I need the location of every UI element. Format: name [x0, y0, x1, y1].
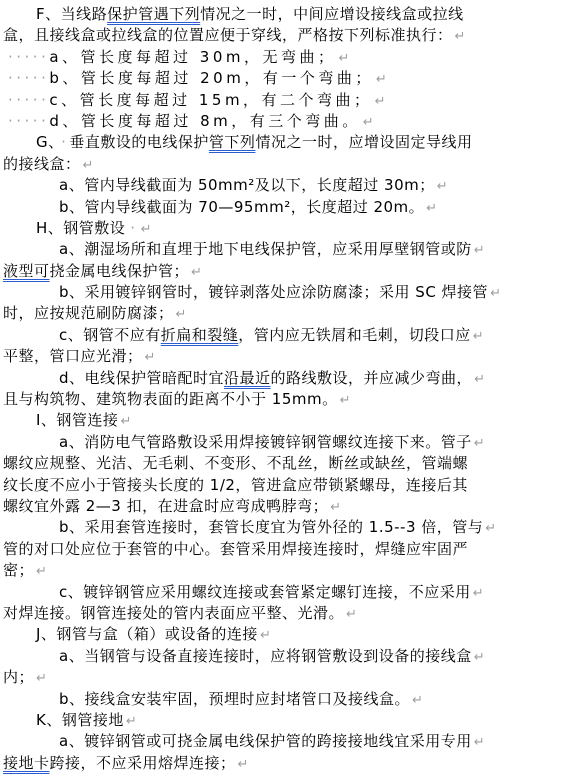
paragraph-mark-icon: ↵: [143, 350, 156, 365]
paragraph-mark-icon: ↵: [258, 628, 271, 643]
paragraph-mark-icon: ↵: [338, 393, 351, 408]
text-line: a、消防电气管路敷设采用焊接镀锌钢管螺纹连接下来。管子↵: [3, 432, 564, 453]
paragraph-mark-icon: ↵: [374, 72, 387, 87]
text-segment: 平整，管口应光滑；: [3, 347, 143, 365]
text-line: a、当钢管与设备直接连接时，应将钢管敷设到设备的接线盒↵: [3, 646, 564, 667]
text-segment: 对焊连接。钢管连接处的管内表面应平整、光滑。: [3, 604, 344, 622]
paragraph-mark-icon: ↵: [472, 436, 485, 451]
text-segment: b、采用镀锌钢管时，镀锌剥落处应涂防腐漆；采用 SC 焊接管: [59, 283, 488, 301]
space-marks: ·····: [3, 69, 49, 87]
text-line: I、钢管连接↵: [3, 410, 564, 431]
text-line: b、采用镀锌钢管时，镀锌剥落处应涂防腐漆；采用 SC 焊接管↵: [3, 282, 564, 303]
text-line: G、·垂直敷设的电线保护管下列情况之一时，应增设固定导线用: [3, 132, 564, 153]
text-segment: 纹长度不应小于管接头长度的 1/2，管进盒应带锁紧螺母，连接后其: [3, 476, 468, 494]
text-segment: b、管内导线截面为 70—95mm²，长度超过 20m。: [59, 198, 424, 216]
text-segment: K、钢管接地: [36, 711, 124, 729]
text-segment: 情况之一时，中间应增设接线盒或拉线: [200, 5, 464, 23]
text-segment: 内；: [3, 668, 34, 686]
paragraph-mark-icon: ↵: [483, 521, 496, 536]
text-line: 接地卡跨接，不应采用熔焊连接；↵: [3, 753, 564, 774]
paragraph-mark-icon: ↵: [488, 286, 501, 301]
text-segment: a、管内导线截面为 50mm²及以下，长度超过 30m；: [59, 176, 435, 194]
text-line: a、管内导线截面为 50mm²及以下，长度超过 30m；↵: [3, 175, 564, 196]
paragraph-mark-icon: ↵: [189, 265, 202, 280]
space-marks: ·····: [3, 112, 49, 130]
paragraph-mark-icon: ↵: [472, 243, 485, 258]
paragraph-mark-icon: ↵: [344, 607, 357, 622]
text-segment: d、管长度每超过 8m，有三个弯曲。: [49, 112, 360, 130]
text-line: J、钢管与盒（箱）或设备的连接↵: [3, 624, 564, 645]
paragraph-mark-icon: ↵: [337, 51, 350, 66]
space-marks: ·····: [3, 48, 49, 66]
paragraph-mark-icon: ↵: [34, 564, 47, 579]
text-segment: 跨接，不应采用熔焊连接；: [50, 754, 236, 772]
text-segment: a、潮湿场所和直埋于地下电线保护管，应采用厚壁钢管或防: [59, 240, 472, 258]
text-line: 时，应按规范刷防腐漆；↵: [3, 303, 564, 324]
space-marks: ·: [56, 133, 69, 151]
grammar-underlined-text: 折扁和裂缝: [161, 326, 239, 344]
text-line: 纹长度不应小于管接头长度的 1/2，管进盒应带锁紧螺母，连接后其: [3, 475, 564, 496]
document-text-area: F、当线路保护管遇下列情况之一时，中间应增设接线盒或拉线盒，且接线盒或拉线盒的位…: [0, 0, 564, 774]
text-line: c、钢管不应有折扁和裂缝，管内应无铁屑和毛刺，切段口应↵: [3, 325, 564, 346]
text-line: 螺纹应规整、光洁、无毛刺、不变形、不乱丝，断丝或缺丝，管端螺: [3, 453, 564, 474]
text-line: a、镀锌钢管或可挠金属电线保护管的跨接接地线宜采用专用↵: [3, 731, 564, 752]
text-line: b、管内导线截面为 70—95mm²，长度超过 20m。↵: [3, 197, 564, 218]
text-segment: J、钢管与盒（箱）或设备的连接: [36, 625, 258, 643]
text-segment: H、钢管敷设: [36, 219, 125, 237]
text-line: K、钢管接地↵: [3, 710, 564, 731]
text-line: H、钢管敷设·↵: [3, 218, 564, 239]
text-segment: a、镀锌钢管或可挠金属电线保护管的跨接接地线宜采用专用: [59, 732, 472, 750]
text-line: 管的对口处应位于套管的中心。套管采用焊接连接时，焊缝应牢固严: [3, 539, 564, 560]
grammar-underlined-text: 液型可: [3, 262, 50, 280]
space-marks: ·····: [3, 91, 49, 109]
paragraph-mark-icon: ↵: [472, 372, 485, 387]
text-line: ·····b、管长度每超过 20m，有一个弯曲；↵: [3, 68, 564, 89]
paragraph-mark-icon: ↵: [435, 179, 448, 194]
paragraph-mark-icon: ↵: [453, 29, 466, 44]
text-segment: F、当线路: [36, 5, 107, 23]
grammar-underlined-text: 保护管遇下列: [107, 5, 200, 23]
text-line: 对焊连接。钢管连接处的管内表面应平整、光滑。↵: [3, 603, 564, 624]
text-segment: 螺纹宜外露 2—3 扣，在进盒时应弯成鸭脖弯；: [3, 497, 328, 515]
text-segment: 螺纹应规整、光洁、无毛刺、不变形、不乱丝，断丝或缺丝，管端螺: [3, 454, 468, 472]
text-segment: 密；: [3, 561, 34, 579]
text-segment: 的接线盒：: [3, 155, 81, 173]
paragraph-mark-icon: ↵: [236, 757, 249, 772]
text-segment: 的路线敷设，并应减少弯曲，: [271, 369, 473, 387]
text-segment: c、钢管不应有: [59, 326, 161, 344]
text-segment: ，管内应无铁屑和毛刺，切段口应: [238, 326, 471, 344]
paragraph-mark-icon: ↵: [472, 735, 485, 750]
paragraph-mark-icon: ↵: [81, 158, 94, 173]
paragraph-mark-icon: ↵: [124, 714, 137, 729]
grammar-underlined-text: 沿最近: [224, 369, 271, 387]
text-segment: c、镀锌钢管应采用螺纹连接或套管紧定螺钉连接，不应采用: [59, 583, 471, 601]
text-segment: 盒，且接线盒或拉线盒的位置应便于穿线，严格按下列标准执行：: [3, 26, 453, 44]
text-line: F、当线路保护管遇下列情况之一时，中间应增设接线盒或拉线: [3, 4, 564, 25]
text-line: ·····c、管长度每超过 15m，有二个弯曲；↵: [3, 90, 564, 111]
text-segment: a、当钢管与设备直接连接时，应将钢管敷设到设备的接线盒: [59, 647, 472, 665]
text-segment: a、消防电气管路敷设采用焊接镀锌钢管螺纹连接下来。管子: [59, 433, 472, 451]
text-segment: 且与构筑物、建筑物表面的距离不小于 15mm。: [3, 390, 338, 408]
text-line: ·····d、管长度每超过 8m，有三个弯曲。↵: [3, 111, 564, 132]
grammar-underlined-text: 管下列: [209, 133, 256, 151]
text-line: b、接线盒安装牢固，预埋时应封堵管口及接线盒。↵: [3, 689, 564, 710]
text-segment: c、管长度每超过 15m，有二个弯曲；: [49, 91, 372, 109]
grammar-underlined-text: 接地卡: [3, 754, 50, 772]
text-segment: b、管长度每超过 20m，有一个弯曲；: [49, 69, 374, 87]
paragraph-mark-icon: ↵: [118, 414, 131, 429]
text-line: b、采用套管连接时，套管长度宜为管外径的 1.5--3 倍，管与↵: [3, 517, 564, 538]
text-segment: I、钢管连接: [36, 411, 118, 429]
paragraph-mark-icon: ↵: [471, 586, 484, 601]
text-line: 的接线盒：↵: [3, 154, 564, 175]
text-segment: 管的对口处应位于套管的中心。套管采用焊接连接时，焊缝应牢固严: [3, 540, 468, 558]
paragraph-mark-icon: ↵: [328, 500, 341, 515]
text-segment: 垂直敷设的电线保护: [69, 133, 209, 151]
text-line: 密；↵: [3, 560, 564, 581]
paragraph-mark-icon: ↵: [424, 201, 437, 216]
text-line: 内；↵: [3, 667, 564, 688]
text-line: 盒，且接线盒或拉线盒的位置应便于穿线，严格按下列标准执行：↵: [3, 25, 564, 46]
text-line: a、潮湿场所和直埋于地下电线保护管，应采用厚壁钢管或防↵: [3, 239, 564, 260]
paragraph-mark-icon: ↵: [410, 693, 423, 708]
paragraph-mark-icon: ↵: [139, 222, 152, 237]
text-line: ·····a、管长度每超过 30m，无弯曲；↵: [3, 47, 564, 68]
text-line: 螺纹宜外露 2—3 扣，在进盒时应弯成鸭脖弯；↵: [3, 496, 564, 517]
paragraph-mark-icon: ↵: [174, 307, 187, 322]
text-line: 且与构筑物、建筑物表面的距离不小于 15mm。↵: [3, 389, 564, 410]
paragraph-mark-icon: ↵: [373, 94, 386, 109]
text-segment: 时，应按规范刷防腐漆；: [3, 304, 174, 322]
text-line: c、镀锌钢管应采用螺纹连接或套管紧定螺钉连接，不应采用↵: [3, 582, 564, 603]
document-page: F、当线路保护管遇下列情况之一时，中间应增设接线盒或拉线盒，且接线盒或拉线盒的位…: [0, 0, 564, 779]
text-segment: 挠金属电线保护管；: [50, 262, 190, 280]
text-segment: G、: [36, 133, 56, 151]
text-segment: b、采用套管连接时，套管长度宜为管外径的 1.5--3 倍，管与: [59, 518, 483, 536]
paragraph-mark-icon: ↵: [361, 115, 374, 130]
text-segment: a、管长度每超过 30m，无弯曲；: [49, 48, 336, 66]
text-segment: 情况之一时，应增设固定导线用: [255, 133, 472, 151]
text-line: 平整，管口应光滑；↵: [3, 346, 564, 367]
paragraph-mark-icon: ↵: [471, 329, 484, 344]
text-segment: b、接线盒安装牢固，预埋时应封堵管口及接线盒。: [59, 690, 410, 708]
paragraph-mark-icon: ↵: [472, 650, 485, 665]
paragraph-mark-icon: ↵: [34, 671, 47, 686]
text-segment: d、电线保护管暗配时宜: [59, 369, 224, 387]
text-line: 液型可挠金属电线保护管；↵: [3, 261, 564, 282]
text-line: d、电线保护管暗配时宜沿最近的路线敷设，并应减少弯曲，↵: [3, 368, 564, 389]
space-marks: ·: [125, 219, 138, 237]
